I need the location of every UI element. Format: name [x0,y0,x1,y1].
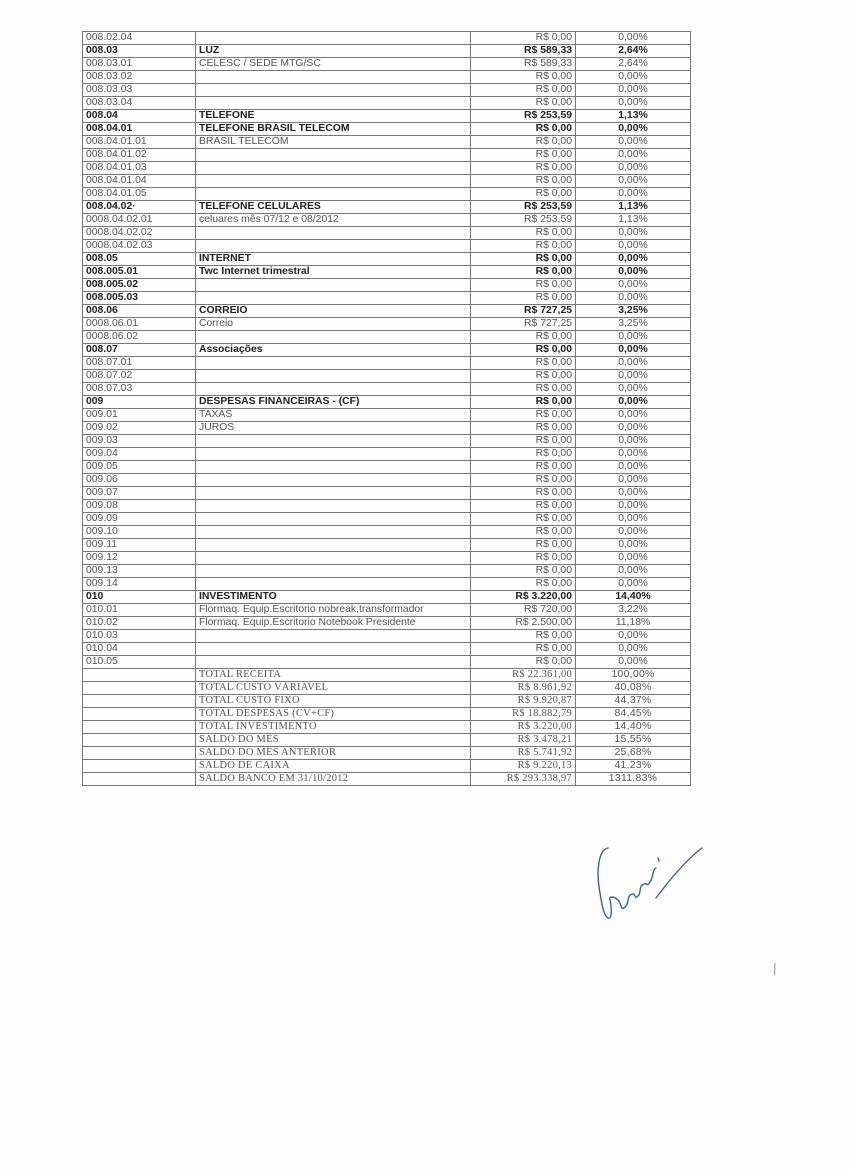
total-percent: 1311,83% [576,773,691,786]
row-code: 008.03.04 [83,97,196,110]
total-percent: 41,23% [576,760,691,773]
total-row: SALDO BANCO EM 31/10/2012R$ 293.338,9713… [83,773,691,786]
row-value: R$ 0,00 [471,461,576,474]
row-percent: 0,00% [576,344,691,357]
row-code: 010.04 [83,643,196,656]
row-percent: 0,00% [576,71,691,84]
row-percent: 0,00% [576,370,691,383]
row-description [196,461,471,474]
total-value: R$ 3.478,21 [471,734,576,747]
empty-cell [83,734,196,747]
row-value: R$ 253,59 [471,110,576,123]
row-value: R$ 3.220,00 [471,591,576,604]
row-value: R$ 253,59 [471,201,576,214]
row-value: R$ 253,59 [471,214,576,227]
row-description: Flormaq. Equip.Escritorio Notebook Presi… [196,617,471,630]
row-percent: 0,00% [576,97,691,110]
row-code: 009.01 [83,409,196,422]
row-percent: 0,00% [576,630,691,643]
table-row: 0008.04.02.01celuares mês 07/12 e 08/201… [83,214,691,227]
row-percent: 0,00% [576,513,691,526]
row-code: 009 [83,396,196,409]
row-percent: 1,13% [576,214,691,227]
row-percent: 0,00% [576,487,691,500]
row-code: 009.07 [83,487,196,500]
row-description: CORREIO [196,305,471,318]
row-percent: 0,00% [576,656,691,669]
table-row: 008.03.02R$ 0,000,00% [83,71,691,84]
table-row: 008.05INTERNETR$ 0,000,00% [83,253,691,266]
total-label: SALDO DO MÊS [196,734,471,747]
row-percent: 0,00% [576,461,691,474]
row-code: 009.13 [83,565,196,578]
total-row: TOTAL CUSTO FIXOR$ 9.920,8744,37% [83,695,691,708]
row-code: 0008.04.02.01 [83,214,196,227]
row-code: 0008.04.02.02 [83,227,196,240]
row-code: 008.04.01 [83,123,196,136]
table-row: 0008.04.02.03R$ 0,000,00% [83,240,691,253]
table-row: 010.05R$ 0,000,00% [83,656,691,669]
row-description: INVESTIMENTO [196,591,471,604]
row-percent: 0,00% [576,279,691,292]
row-percent: 0,00% [576,357,691,370]
table-row: 009.09R$ 0,000,00% [83,513,691,526]
row-description: TAXAS [196,409,471,422]
row-description [196,539,471,552]
table-row: 008.04.01.04R$ 0,000,00% [83,175,691,188]
row-code: 010 [83,591,196,604]
stray-ink-mark [773,962,777,976]
total-percent: 44,37% [576,695,691,708]
row-description [196,370,471,383]
row-description: TELEFONE CELULARES [196,201,471,214]
row-value: R$ 0,00 [471,578,576,591]
empty-cell [83,669,196,682]
row-code: 010.05 [83,656,196,669]
row-code: 0008.04.02.03 [83,240,196,253]
total-value: R$ 3.220,00 [471,721,576,734]
row-value: R$ 727,25 [471,318,576,331]
total-label: SALDO DO MÊS ANTERIOR [196,747,471,760]
row-percent: 2,64% [576,45,691,58]
row-value: R$ 0,00 [471,422,576,435]
empty-cell [83,708,196,721]
row-description [196,331,471,344]
row-description [196,84,471,97]
table-row: 009.08R$ 0,000,00% [83,500,691,513]
row-description: celuares mês 07/12 e 08/2012 [196,214,471,227]
row-percent: 0,00% [576,136,691,149]
row-percent: 0,00% [576,32,691,45]
row-percent: 0,00% [576,552,691,565]
row-description [196,32,471,45]
total-value: R$ 8.961,92 [471,682,576,695]
row-description: INTERNET [196,253,471,266]
row-description [196,656,471,669]
row-value: R$ 0,00 [471,656,576,669]
row-percent: 0,00% [576,175,691,188]
total-row: SALDO DO MÊS ANTERIORR$ 5.741,9225,68% [83,747,691,760]
row-code: 008.04.01.04 [83,175,196,188]
row-percent: 0,00% [576,422,691,435]
total-label: TOTAL DESPESAS (CV+CF) [196,708,471,721]
row-description [196,630,471,643]
row-value: R$ 0,00 [471,552,576,565]
row-description [196,578,471,591]
row-percent: 0,00% [576,448,691,461]
row-value: R$ 720,00 [471,604,576,617]
row-description: Correio [196,318,471,331]
row-value: R$ 0,00 [471,643,576,656]
row-description [196,71,471,84]
empty-cell [83,747,196,760]
table-row: 008.04.02·TELEFONE CELULARESR$ 253,591,1… [83,201,691,214]
row-description [196,435,471,448]
table-row: 008.07.01R$ 0,000,00% [83,357,691,370]
row-value: R$ 0,00 [471,162,576,175]
row-code: 008.03.02 [83,71,196,84]
empty-cell [83,695,196,708]
table-row: 009.14R$ 0,000,00% [83,578,691,591]
row-description: Twc Internet trimestral [196,266,471,279]
row-code: 009.09 [83,513,196,526]
table-row: 008.04.01TELEFONE BRASIL TELECOMR$ 0,000… [83,123,691,136]
row-code: 009.10 [83,526,196,539]
total-value: R$ 293.338,97 [471,773,576,786]
row-description [196,357,471,370]
row-percent: 0,00% [576,435,691,448]
row-value: R$ 0,00 [471,149,576,162]
row-percent: 0,00% [576,500,691,513]
table-row: 009.06R$ 0,000,00% [83,474,691,487]
total-value: R$ 9.920,87 [471,695,576,708]
row-code: 008.04.01.05 [83,188,196,201]
total-percent: 25,68% [576,747,691,760]
row-description: JUROS [196,422,471,435]
row-description [196,188,471,201]
total-label: TOTAL INVESTIMENTO [196,721,471,734]
row-description [196,279,471,292]
table-row: 008.04.01.01BRASIL TELECOMR$ 0,000,00% [83,136,691,149]
row-description: BRASIL TELECOM [196,136,471,149]
table-row: 008.03.04R$ 0,000,00% [83,97,691,110]
row-percent: 0,00% [576,396,691,409]
table-row: 009DESPESAS FINANCEIRAS - (CF)R$ 0,000,0… [83,396,691,409]
table-row: 008.03LUZR$ 589,332,64% [83,45,691,58]
row-value: R$ 0,00 [471,526,576,539]
total-value: R$ 9.220,13 [471,760,576,773]
row-percent: 1,13% [576,201,691,214]
row-code: 008.04.02· [83,201,196,214]
row-code: 008.005.01 [83,266,196,279]
row-percent: 0,00% [576,253,691,266]
row-value: R$ 0,00 [471,448,576,461]
row-value: R$ 0,00 [471,539,576,552]
row-value: R$ 0,00 [471,279,576,292]
row-percent: 3,22% [576,604,691,617]
row-description [196,500,471,513]
row-value: R$ 0,00 [471,32,576,45]
row-description: DESPESAS FINANCEIRAS - (CF) [196,396,471,409]
row-code: 009.12 [83,552,196,565]
row-code: 008.005.03 [83,292,196,305]
row-value: R$ 0,00 [471,71,576,84]
row-code: 009.05 [83,461,196,474]
row-percent: 0,00% [576,578,691,591]
empty-cell [83,682,196,695]
total-row: TOTAL RECEITAR$ 22.361,00100,00% [83,669,691,682]
row-percent: 0,00% [576,227,691,240]
financial-statement-table: 008.02.04R$ 0,000,00%008.03LUZR$ 589,332… [82,31,691,786]
row-percent: 0,00% [576,292,691,305]
row-description [196,149,471,162]
row-description: TELEFONE BRASIL TELECOM [196,123,471,136]
total-label: TOTAL CUSTO VÁRIAVEL [196,682,471,695]
row-description [196,526,471,539]
row-description [196,227,471,240]
table-row: 009.12R$ 0,000,00% [83,552,691,565]
row-code: 010.01 [83,604,196,617]
row-code: 008.05 [83,253,196,266]
row-value: R$ 0,00 [471,513,576,526]
total-value: R$ 22.361,00 [471,669,576,682]
row-value: R$ 2.500,00 [471,617,576,630]
table-row: 010INVESTIMENTOR$ 3.220,0014,40% [83,591,691,604]
total-label: TOTAL RECEITA [196,669,471,682]
row-description: Associações [196,344,471,357]
table-row: 008.005.02R$ 0,000,00% [83,279,691,292]
row-description [196,240,471,253]
row-value: R$ 0,00 [471,500,576,513]
row-percent: 3,25% [576,305,691,318]
table-row: 008.07AssociaçõesR$ 0,000,00% [83,344,691,357]
total-value: R$ 18.882,79 [471,708,576,721]
row-code: 009.11 [83,539,196,552]
table-row: 008.03.03R$ 0,000,00% [83,84,691,97]
row-percent: 0,00% [576,331,691,344]
row-percent: 0,00% [576,149,691,162]
row-description [196,643,471,656]
empty-cell [83,760,196,773]
row-code: 008.06 [83,305,196,318]
row-description [196,97,471,110]
row-value: R$ 0,00 [471,383,576,396]
row-description: CELESC / SEDE MTG/SC [196,58,471,71]
row-value: R$ 0,00 [471,84,576,97]
row-percent: 0,00% [576,526,691,539]
table-row: 008.03.01CELESC / SEDE MTG/SCR$ 589,332,… [83,58,691,71]
row-description [196,487,471,500]
table-row: 009.02JUROSR$ 0,000,00% [83,422,691,435]
row-description [196,448,471,461]
row-percent: 0,00% [576,123,691,136]
row-code: 010.03 [83,630,196,643]
row-code: 010.02 [83,617,196,630]
row-percent: 14,40% [576,591,691,604]
row-code: 009.04 [83,448,196,461]
row-description: LUZ [196,45,471,58]
row-value: R$ 0,00 [471,253,576,266]
table-row: 0008.06.02R$ 0,000,00% [83,331,691,344]
row-percent: 2,64% [576,58,691,71]
row-value: R$ 0,00 [471,565,576,578]
table-row: 008.04TELEFONER$ 253,591,13% [83,110,691,123]
table-row: 010.03R$ 0,000,00% [83,630,691,643]
row-code: 008.04 [83,110,196,123]
row-percent: 0,00% [576,539,691,552]
row-value: R$ 0,00 [471,396,576,409]
row-value: R$ 0,00 [471,136,576,149]
row-value: R$ 0,00 [471,630,576,643]
table-row: 009.10R$ 0,000,00% [83,526,691,539]
row-value: R$ 0,00 [471,97,576,110]
table-row: 009.13R$ 0,000,00% [83,565,691,578]
row-code: 009.06 [83,474,196,487]
row-value: R$ 0,00 [471,292,576,305]
row-code: 008.02.04 [83,32,196,45]
table-row: 009.04R$ 0,000,00% [83,448,691,461]
row-value: R$ 0,00 [471,435,576,448]
total-label: SALDO BANCO EM 31/10/2012 [196,773,471,786]
total-percent: 14,40% [576,721,691,734]
table-row: 008.04.01.05R$ 0,000,00% [83,188,691,201]
row-code: 009.08 [83,500,196,513]
total-percent: 15,55% [576,734,691,747]
total-label: TOTAL CUSTO FIXO [196,695,471,708]
row-description [196,162,471,175]
row-code: 009.03 [83,435,196,448]
row-code: 008.005.02 [83,279,196,292]
table-row: 010.04R$ 0,000,00% [83,643,691,656]
row-code: 008.04.01.02 [83,149,196,162]
total-row: TOTAL CUSTO VÁRIAVELR$ 8.961,9240,08% [83,682,691,695]
row-code: 008.03.01 [83,58,196,71]
row-code: 008.03.03 [83,84,196,97]
total-percent: 84,45% [576,708,691,721]
table-row: 008.06CORREIOR$ 727,253,25% [83,305,691,318]
row-code: 008.03 [83,45,196,58]
row-description [196,513,471,526]
table-row: 009.03R$ 0,000,00% [83,435,691,448]
row-percent: 3,25% [576,318,691,331]
empty-cell [83,721,196,734]
total-row: SALDO DO MÊSR$ 3.478,2115,55% [83,734,691,747]
total-row: SALDO DE CAIXAR$ 9.220,1341,23% [83,760,691,773]
row-value: R$ 0,00 [471,240,576,253]
row-value: R$ 0,00 [471,409,576,422]
total-row: TOTAL DESPESAS (CV+CF)R$ 18.882,7984,45% [83,708,691,721]
row-description [196,292,471,305]
row-value: R$ 0,00 [471,474,576,487]
table-row: 008.04.01.02R$ 0,000,00% [83,149,691,162]
row-code: 008.07 [83,344,196,357]
table-row: 010.02Flormaq. Equip.Escritorio Notebook… [83,617,691,630]
table-row: 008.005.03R$ 0,000,00% [83,292,691,305]
row-description [196,565,471,578]
row-code: 0008.06.02 [83,331,196,344]
table-row: 008.02.04R$ 0,000,00% [83,32,691,45]
row-value: R$ 0,00 [471,344,576,357]
table-row: 008.04.01.03R$ 0,000,00% [83,162,691,175]
row-code: 008.04.01.01 [83,136,196,149]
total-value: R$ 5.741,92 [471,747,576,760]
row-value: R$ 0,00 [471,266,576,279]
row-value: R$ 727,25 [471,305,576,318]
row-value: R$ 0,00 [471,357,576,370]
table-row: 009.07R$ 0,000,00% [83,487,691,500]
table-row: 008.07.03R$ 0,000,00% [83,383,691,396]
row-description [196,552,471,565]
row-percent: 0,00% [576,162,691,175]
total-label: SALDO DE CAIXA [196,760,471,773]
row-percent: 11,18% [576,617,691,630]
row-percent: 0,00% [576,643,691,656]
row-value: R$ 0,00 [471,370,576,383]
row-description [196,474,471,487]
table-row: 008.005.01Twc Internet trimestralR$ 0,00… [83,266,691,279]
row-percent: 0,00% [576,188,691,201]
row-percent: 0,00% [576,565,691,578]
row-code: 008.07.01 [83,357,196,370]
table-row: 010.01Flormaq. Equip.Escritorio nobreak,… [83,604,691,617]
row-percent: 0,00% [576,474,691,487]
table-row: 009.05R$ 0,000,00% [83,461,691,474]
table-row: 009.01TAXASR$ 0,000,00% [83,409,691,422]
total-row: TOTAL INVESTIMENTOR$ 3.220,0014,40% [83,721,691,734]
row-code: 008.07.03 [83,383,196,396]
row-value: R$ 0,00 [471,175,576,188]
row-value: R$ 0,00 [471,331,576,344]
row-code: 008.04.01.03 [83,162,196,175]
row-code: 0008.06.01 [83,318,196,331]
row-description: TELEFONE [196,110,471,123]
table-row: 008.07.02R$ 0,000,00% [83,370,691,383]
statement-rows: 008.02.04R$ 0,000,00%008.03LUZR$ 589,332… [83,32,691,786]
row-percent: 0,00% [576,383,691,396]
total-percent: 100,00% [576,669,691,682]
empty-cell [83,773,196,786]
table-row: 009.11R$ 0,000,00% [83,539,691,552]
row-description [196,175,471,188]
row-percent: 0,00% [576,84,691,97]
table-row: 0008.06.01CorreioR$ 727,253,25% [83,318,691,331]
row-description [196,383,471,396]
row-value: R$ 589,33 [471,58,576,71]
total-percent: 40,08% [576,682,691,695]
row-value: R$ 0,00 [471,227,576,240]
table-row: 0008.04.02.02R$ 0,000,00% [83,227,691,240]
row-percent: 0,00% [576,240,691,253]
row-code: 009.02 [83,422,196,435]
row-percent: 1,13% [576,110,691,123]
row-value: R$ 0,00 [471,188,576,201]
row-description: Flormaq. Equip.Escritorio nobreak,transf… [196,604,471,617]
row-value: R$ 589,33 [471,45,576,58]
row-code: 008.07.02 [83,370,196,383]
row-code: 009.14 [83,578,196,591]
row-value: R$ 0,00 [471,487,576,500]
row-value: R$ 0,00 [471,123,576,136]
row-percent: 0,00% [576,409,691,422]
row-percent: 0,00% [576,266,691,279]
handwritten-signature [590,838,710,928]
